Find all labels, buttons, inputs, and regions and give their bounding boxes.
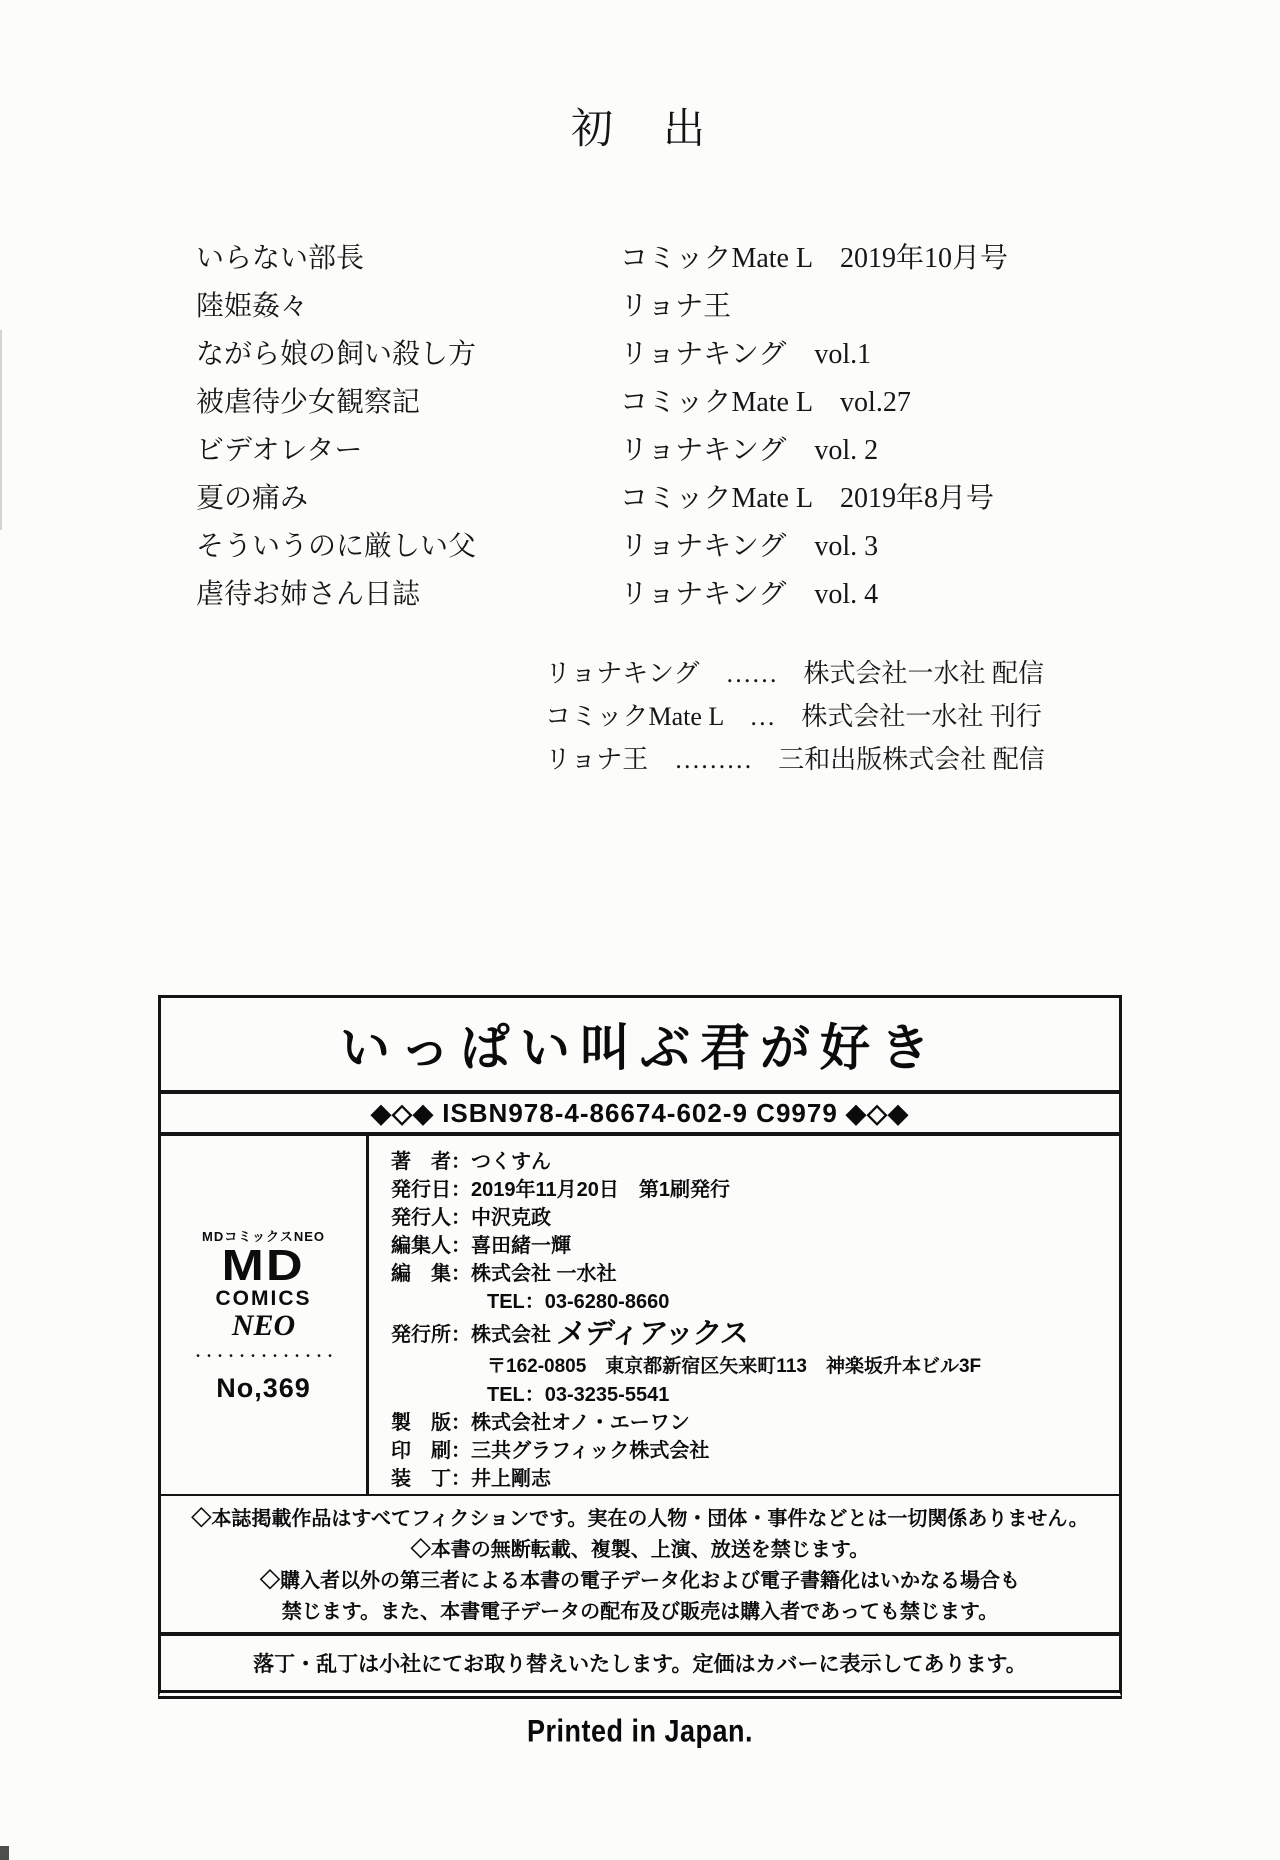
work-title: そういうのに厳しい父: [196, 524, 620, 564]
mediax-logo: メディアックス: [555, 1316, 750, 1352]
publication-source: リョナキング vol. 2: [620, 428, 1076, 468]
book-colophon-page: 初 出 いらない部長 コミックMate L 2019年10月号 陸姫姦々 リョナ…: [0, 0, 1280, 1860]
work-title: 陸姫姦々: [196, 284, 620, 324]
detail-publisher-address: 〒162-0805 東京都新宿区矢来町113 神楽坂升本ビル3F: [391, 1353, 1119, 1381]
detail-author: 著 者：つくすん: [391, 1148, 1119, 1176]
detail-plate-making: 製 版：株式会社オノ・エーワン: [391, 1409, 1119, 1437]
detail-editing-tel: TEL：03-6280-8660: [391, 1288, 1119, 1316]
work-title: ビデオレター: [196, 428, 620, 468]
legend-line: リョナ王 ……… 三和出版株式会社 配信: [545, 738, 1045, 781]
work-title: 虐待お姉さん日誌: [196, 572, 620, 612]
detail-printing: 印 刷：三共グラフィック株式会社: [391, 1437, 1119, 1465]
publication-row: ながら娘の飼い殺し方 リョナキング vol.1: [196, 328, 1076, 376]
publication-row: いらない部長 コミックMate L 2019年10月号: [196, 232, 1076, 280]
detail-editor-person: 編集人：喜田緒一輝: [391, 1232, 1119, 1260]
first-publication-heading: 初 出: [0, 96, 1280, 156]
detail-publish-date: 発行日：2019年11月20日 第1刷発行: [391, 1176, 1119, 1204]
notice-line: ◇本書の無断転載、複製、上演、放送を禁じます。: [161, 1535, 1119, 1566]
publication-source: コミックMate L vol.27: [620, 380, 1076, 420]
publication-legend: リョナキング …… 株式会社一水社 配信 コミックMate L … 株式会社一水…: [545, 652, 1045, 781]
detail-publisher-tel: TEL：03-3235-5541: [391, 1381, 1119, 1409]
work-title: 被虐待少女観察記: [196, 380, 620, 420]
detail-binding-design: 装 丁：井上剛志: [391, 1465, 1119, 1493]
publication-source: コミックMate L 2019年10月号: [620, 236, 1076, 276]
notice-line: 禁じます。また、本書電子データの配布及び販売は購入者であっても禁じます。: [161, 1597, 1119, 1628]
publication-source: リョナキング vol. 4: [620, 572, 1076, 612]
work-title: 夏の痛み: [196, 476, 620, 516]
detail-publisher-person: 発行人：中沢克政: [391, 1204, 1119, 1232]
book-title: いっぱい叫ぶ君が好き: [161, 998, 1119, 1094]
work-title: いらない部長: [196, 236, 620, 276]
md-logo: MD: [222, 1247, 305, 1284]
isbn-line: ◆◇◆ ISBN978-4-86674-602-9 C9979 ◆◇◆: [161, 1094, 1119, 1136]
legal-notices: ◇本誌掲載作品はすべてフィクションです。実在の人物・団体・事件などとは一切関係あ…: [161, 1496, 1119, 1636]
notice-line: ◇購入者以外の第三者による本書の電子データ化および電子書籍化はいかなる場合も: [161, 1566, 1119, 1597]
work-title: ながら娘の飼い殺し方: [196, 332, 620, 372]
notice-line: ◇本誌掲載作品はすべてフィクションです。実在の人物・団体・事件などとは一切関係あ…: [161, 1504, 1119, 1535]
publication-row: 被虐待少女観察記 コミックMate L vol.27: [196, 376, 1076, 424]
legend-line: コミックMate L … 株式会社一水社 刊行: [545, 695, 1045, 738]
publisher-label: 発行所：株式会社: [391, 1324, 551, 1346]
publication-row: ビデオレター リョナキング vol. 2: [196, 424, 1076, 472]
printed-in-japan: Printed in Japan.: [0, 1714, 1280, 1750]
scan-artifact: [0, 1846, 9, 1860]
detail-editing: 編 集：株式会社 一水社: [391, 1260, 1119, 1288]
legend-line: リョナキング …… 株式会社一水社 配信: [545, 652, 1045, 695]
neo-logo: NEO: [232, 1311, 295, 1341]
dotted-divider: ・・・・・・・・・・・・・: [192, 1349, 335, 1363]
publication-row: そういうのに厳しい父 リョナキング vol. 3: [196, 520, 1076, 568]
publication-row: 夏の痛み コミックMate L 2019年8月号: [196, 472, 1076, 520]
publication-source: リョナ王: [620, 284, 1076, 324]
publication-source: リョナキング vol.1: [620, 332, 1076, 372]
publication-source: コミックMate L 2019年8月号: [620, 476, 1076, 516]
scan-artifact: [0, 330, 2, 530]
colophon-box: いっぱい叫ぶ君が好き ◆◇◆ ISBN978-4-86674-602-9 C99…: [158, 995, 1122, 1699]
publication-row: 虐待お姉さん日誌 リョナキング vol. 4: [196, 568, 1076, 616]
first-publication-list: いらない部長 コミックMate L 2019年10月号 陸姫姦々 リョナ王 なが…: [196, 232, 1076, 616]
publication-row: 陸姫姦々 リョナ王: [196, 280, 1076, 328]
comics-logo: COMICS: [216, 1287, 312, 1311]
series-number: No,369: [216, 1373, 311, 1404]
publication-details: 著 者：つくすん 発行日：2019年11月20日 第1刷発行 発行人：中沢克政 …: [369, 1136, 1119, 1494]
colophon-main: MDコミックスNEO MD COMICS NEO ・・・・・・・・・・・・・ N…: [161, 1136, 1119, 1496]
detail-publisher: 発行所：株式会社 メディアックス: [391, 1316, 1119, 1353]
publication-source: リョナキング vol. 3: [620, 524, 1076, 564]
imprint-logo-block: MDコミックスNEO MD COMICS NEO ・・・・・・・・・・・・・ N…: [161, 1136, 369, 1494]
replacement-notice: 落丁・乱丁は小社にてお取り替えいたします。定価はカバーに表示してあります。: [161, 1636, 1119, 1690]
